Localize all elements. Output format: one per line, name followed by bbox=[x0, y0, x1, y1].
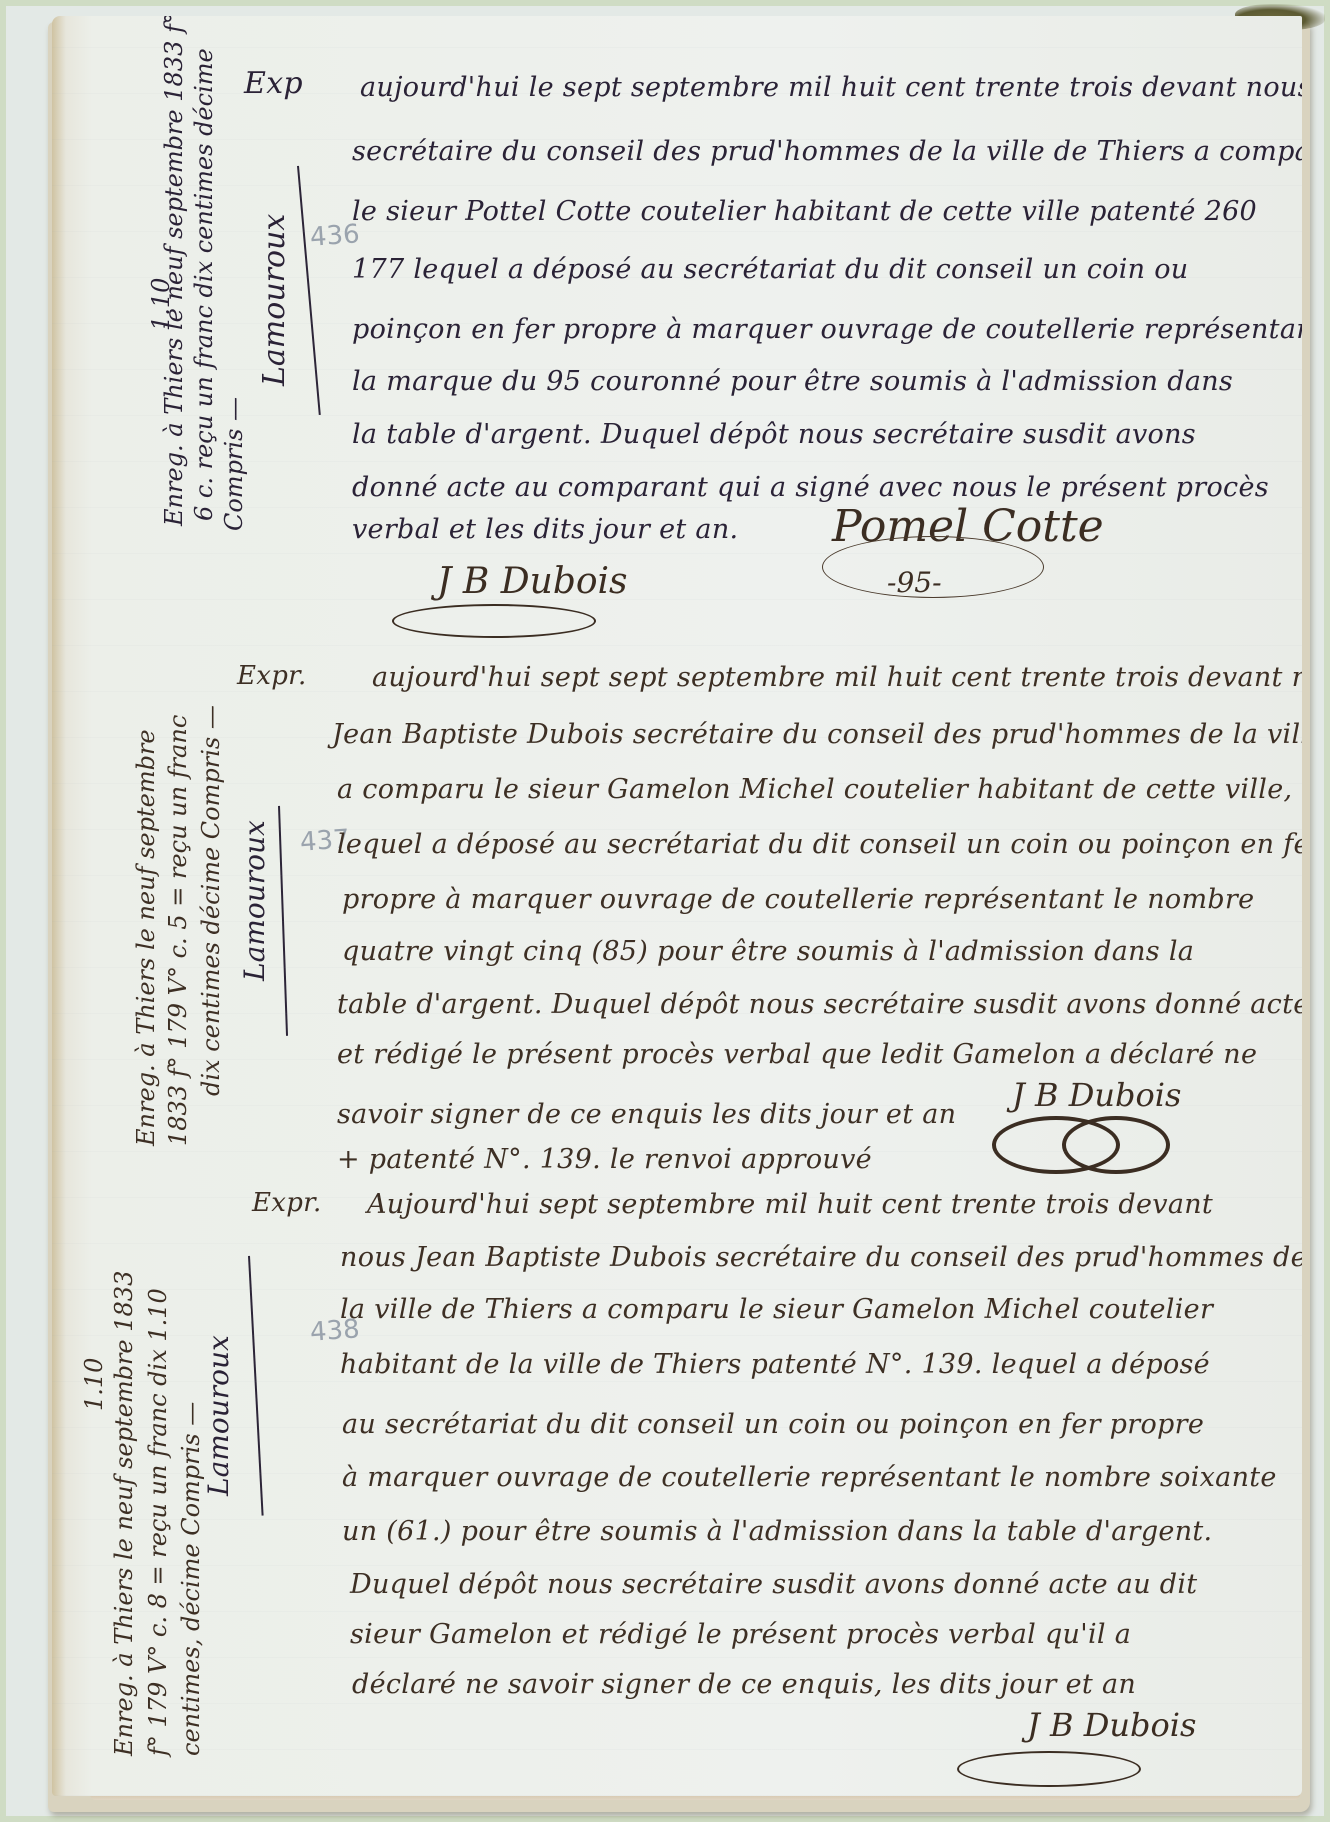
entry-1-line: poinçon en fer propre à marquer ouvrage … bbox=[352, 316, 1302, 343]
entry-2-line: propre à marquer ouvrage de coutellerie … bbox=[342, 886, 1254, 913]
entry-2-line: savoir signer de ce enquis les dits jour… bbox=[337, 1101, 956, 1128]
entry-3-margin-line: centimes, décime Compris — bbox=[177, 1402, 205, 1756]
entry-3-line: Duquel dépôt nous secrétaire susdit avon… bbox=[350, 1571, 1197, 1598]
entry-2-margin-line: 1833 f° 179 V° c. 5 = reçu un franc bbox=[164, 715, 192, 1146]
entry-2-line: + patenté N°. 139. le renvoi approuvé bbox=[337, 1146, 872, 1173]
entry-3-marker: Expr. bbox=[252, 1188, 322, 1218]
entry-1-line: donné acte au comparant qui a signé avec… bbox=[352, 474, 1269, 501]
entry-3-line: Aujourd'hui sept septembre mil huit cent… bbox=[367, 1191, 1213, 1218]
entry-1-line: verbal et les dits jour et an. bbox=[352, 516, 738, 543]
entry-1-line: 177 lequel a déposé au secrétariat du di… bbox=[352, 256, 1188, 283]
signature-flourish bbox=[1062, 1116, 1170, 1174]
entry-3-signature-dubois: J B Dubois bbox=[1027, 1706, 1196, 1744]
margin-stroke bbox=[278, 806, 288, 1036]
entry-3-line: habitant de la ville de Thiers patenté N… bbox=[340, 1351, 1210, 1378]
entry-1-line: la table d'argent. Duquel dépôt nous sec… bbox=[352, 421, 1196, 448]
entry-1-line: aujourd'hui le sept septembre mil huit c… bbox=[360, 74, 1302, 101]
entry-2-line: lequel a déposé au secrétariat du dit co… bbox=[337, 831, 1302, 858]
entry-3-margin-fee: 1.10 bbox=[80, 1358, 108, 1411]
entry-3-line: nous Jean Baptiste Dubois secrétaire du … bbox=[340, 1244, 1302, 1271]
entry-2-margin-line: dix centimes décime Compris — bbox=[197, 705, 225, 1096]
entry-1-signature-dubois: J B Dubois bbox=[437, 561, 628, 602]
register-page: Exp 436 aujourd'hui le sept septembre mi… bbox=[52, 16, 1302, 1796]
entry-1-marker: Exp bbox=[244, 66, 303, 101]
entry-2-line: Jean Baptiste Dubois secrétaire du conse… bbox=[332, 721, 1302, 748]
entry-1-line: le sieur Pottel Cotte coutelier habitant… bbox=[352, 198, 1257, 225]
entry-2-line: et rédigé le présent procès verbal que l… bbox=[337, 1041, 1257, 1068]
signature-flourish bbox=[957, 1751, 1141, 1787]
entry-1-margin-line: 6 c. reçu un franc dix centimes décime bbox=[190, 48, 218, 521]
entry-1-margin-signature: Lamouroux bbox=[257, 214, 292, 386]
entry-3-margin-line: f° 179 V° c. 8 = reçu un franc dix 1.10 bbox=[144, 1288, 172, 1756]
entry-3-margin-line: Enreg. à Thiers le neuf septembre 1833 bbox=[110, 1271, 138, 1756]
entry-3-line: au secrétariat du dit conseil un coin ou… bbox=[342, 1411, 1204, 1438]
entry-3-line: à marquer ouvrage de coutellerie représe… bbox=[342, 1464, 1277, 1491]
entry-1-line: la marque du 95 couronné pour être soumi… bbox=[352, 368, 1233, 395]
signature-flourish bbox=[822, 536, 1044, 598]
entry-3-line: un (61.) pour être soumis à l'admission … bbox=[342, 1518, 1212, 1545]
entry-2-line: table d'argent. Duquel dépôt nous secrét… bbox=[337, 991, 1302, 1018]
entry-1-margin-line: Compris — bbox=[220, 397, 248, 531]
entry-3-line: la ville de Thiers a comparu le sieur Ga… bbox=[340, 1296, 1213, 1323]
entry-3-line: sieur Gamelon et rédigé le présent procè… bbox=[350, 1621, 1131, 1648]
margin-stroke bbox=[248, 1256, 264, 1516]
entry-2-marker: Expr. bbox=[237, 661, 307, 691]
entry-3-margin-signature: Lamouroux bbox=[202, 1335, 235, 1496]
entry-2-line: a comparu le sieur Gamelon Michel coutel… bbox=[337, 776, 1302, 803]
entry-3-line: déclaré ne savoir signer de ce enquis, l… bbox=[352, 1671, 1136, 1698]
entry-2-line: aujourd'hui sept sept septembre mil huit… bbox=[372, 664, 1302, 691]
entry-2-margin-signature: Lamouroux bbox=[238, 820, 271, 981]
margin-stroke bbox=[297, 166, 321, 415]
entry-2-signature-dubois: J B Dubois bbox=[1012, 1076, 1181, 1114]
entry-1-margin-line: Enreg. à Thiers le neuf septembre 1833 f… bbox=[160, 16, 188, 526]
entry-2-line: quatre vingt cinq (85) pour être soumis … bbox=[342, 938, 1194, 965]
entry-1-line: secrétaire du conseil des prud'hommes de… bbox=[352, 138, 1302, 165]
entry-2-margin-line: Enreg. à Thiers le neuf septembre bbox=[132, 729, 160, 1146]
signature-flourish bbox=[392, 604, 596, 638]
